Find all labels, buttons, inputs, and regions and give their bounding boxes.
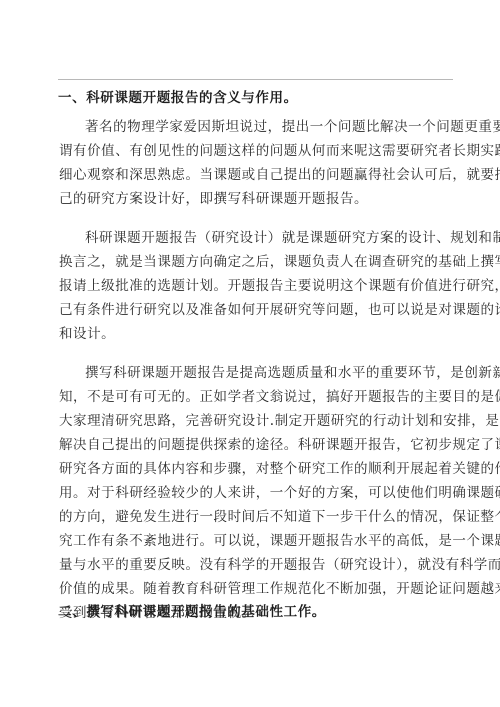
text-line: 换言之，就是当课题方向确定之后，课题负责人在调查研究的基础上撰写的: [59, 250, 449, 274]
text-line: 究工作有条不紊地进行。可以说，课题开题报告水平的高低，是一个课题质: [59, 529, 449, 553]
text-line: 细心观察和深思熟虑。当课题或自己提出的问题赢得社会认可后，就要把自: [59, 163, 449, 187]
paragraph-3: 撰写科研课题开题报告是提高选题质量和水平的重要环节，是创新新 知，不是可有可无的…: [59, 361, 449, 625]
text-line: 用。对于科研经验较少的人来讲，一个好的方案，可以使他们明确课题研究: [59, 481, 449, 505]
text-line: 大家理清研究思路，完善研究设计.制定开题研究的行动计划和安排，是为: [59, 409, 449, 433]
text-line: 的方向，避免发生进行一段时间后不知道下一步干什么的情况，保证整个研: [59, 505, 449, 529]
text-line: 谓有价值、有创见性的问题这样的问题从何而来呢这需要研究者长期实践、: [59, 139, 449, 163]
paragraph-1: 著名的物理学家爱因斯坦说过，提出一个问题比解决一个问题更重要何 谓有价值、有创见…: [59, 115, 449, 211]
document-page: 一、科研课题开题报告的含义与作用。 著名的物理学家爱因斯坦说过，提出一个问题比解…: [0, 0, 500, 707]
text-line: 知，不是可有可无的。正如学者文翁说过，搞好开题报告的主要目的是促使: [59, 385, 449, 409]
text-line: 己有条件进行研究以及准备如何开展研究等问题，也可以说是对课题的论证: [59, 298, 449, 322]
text-line: 和设计。: [59, 322, 449, 346]
text-line: 撰写科研课题开题报告是提高选题质量和水平的重要环节，是创新新: [59, 361, 449, 385]
text-line: 著名的物理学家爱因斯坦说过，提出一个问题比解决一个问题更重要何: [59, 115, 449, 139]
text-line: 己的研究方案设计好，即撰写科研课题开题报告。: [59, 187, 449, 211]
text-line: 科研课题开题报告（研究设计）就是课题研究方案的设计、规划和制定: [59, 226, 449, 250]
paragraph-2: 科研课题开题报告（研究设计）就是课题研究方案的设计、规划和制定 换言之，就是当课…: [59, 226, 449, 346]
section-2-heading: 二、撰写科研课题开题报告的基础性工作。: [58, 600, 326, 620]
text-line: 价值的成果。随着教育科研管理工作规范化不断加强，开题论证问题越来越: [59, 577, 449, 601]
header-divider: [58, 79, 453, 80]
text-line: 研究各方面的具体内容和步骤，对整个研究工作的顺利开展起着关键的作: [59, 457, 449, 481]
section-1-heading: 一、科研课题开题报告的含义与作用。: [58, 86, 298, 106]
text-line: 解决自己提出的问题提供探索的途径。科研课题开报告，它初步规定了课题: [59, 433, 449, 457]
text-line: 量与水平的重要反映。没有科学的开题报告（研究设计），就没有科学而有: [59, 553, 449, 577]
text-line: 报请上级批准的选题计划。开题报告主要说明这个课题有价值进行研究，自: [59, 274, 449, 298]
